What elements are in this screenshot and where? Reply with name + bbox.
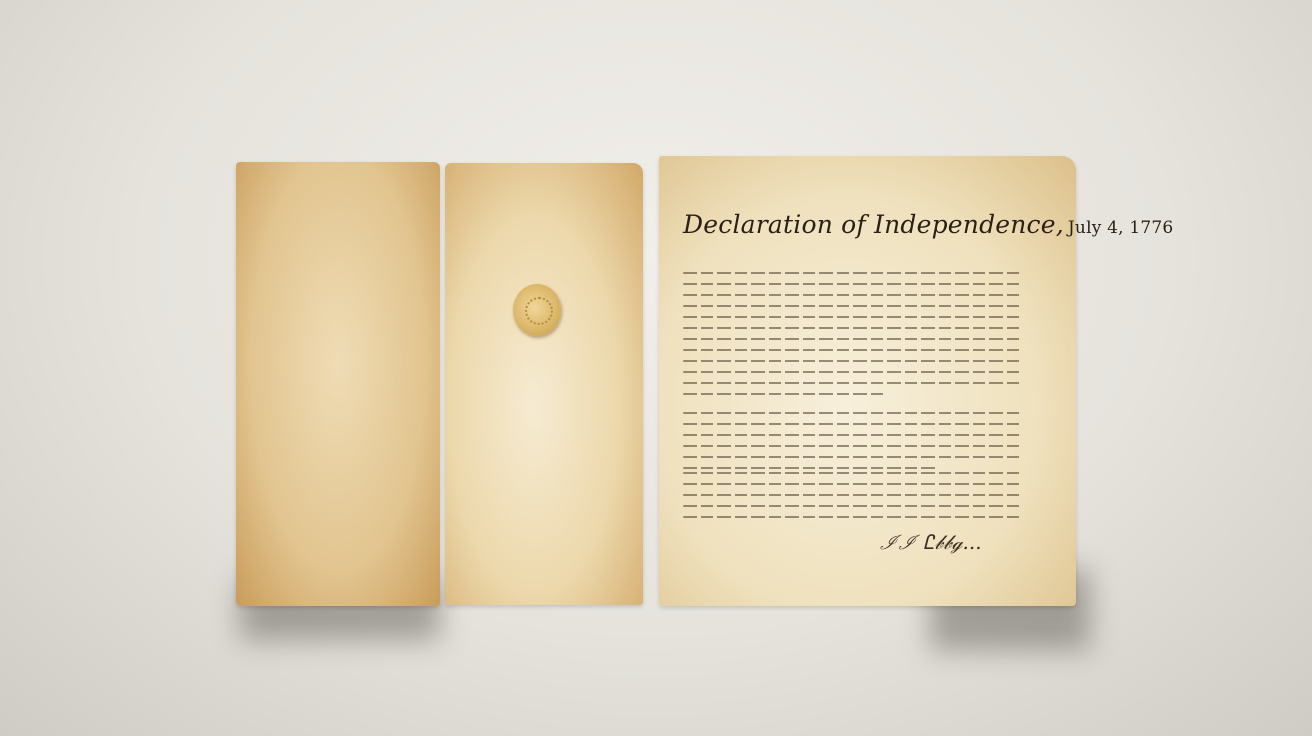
blank-parchment-left <box>236 162 440 606</box>
handwritten-text-block-3 <box>683 472 1023 527</box>
document-title: Declaration of Independence,July 4, 1776 <box>683 210 1173 239</box>
parchment-with-seal <box>445 163 643 605</box>
title-text: Declaration of Independence, <box>683 210 1064 239</box>
signature: ℐℐ Ꮭ𝒷𝒷ℊ... <box>880 530 982 554</box>
wax-seal-icon <box>513 284 561 336</box>
document-date: July 4, 1776 <box>1068 218 1174 238</box>
handwritten-text-block-1 <box>683 272 1023 404</box>
handwritten-text-block-2 <box>683 412 1023 478</box>
